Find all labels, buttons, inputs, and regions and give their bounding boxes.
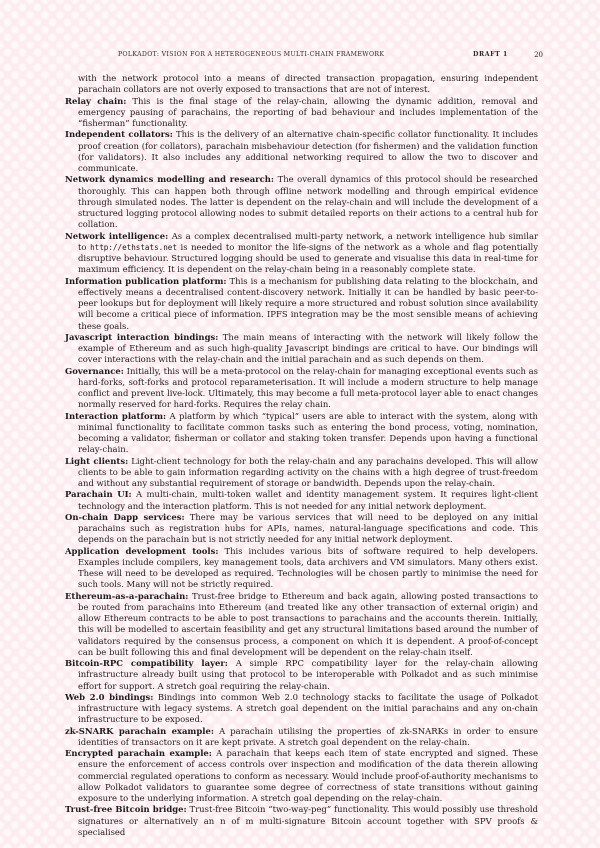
entry-text: Initially, this will be a meta-protocol … [78,366,538,410]
draft-label: DRAFT 1 [473,51,508,58]
entry-trustfree-bitcoin-bridge: Trust-free Bitcoin bridge: Trust-free Bi… [65,804,538,838]
entry-text: A multi-chain, multi-token wallet and id… [78,489,538,510]
entry-parachain-ui: Parachain UI: A multi-chain, multi-token… [65,489,538,512]
entry-application-dev-tools: Application development tools: This incl… [65,546,538,591]
entry-term: Parachain UI: [65,489,132,499]
running-header: POLKADOT: VISION FOR A HETEROGENEOUS MUL… [118,51,543,63]
continuation-paragraph: with the network protocol into a means o… [65,73,538,96]
entry-ethereum-as-parachain: Ethereum-as-a-parachain: Trust-free brid… [65,591,538,659]
entry-network-dynamics: Network dynamics modelling and research:… [65,174,538,230]
entry-information-publication: Information publication platform: This i… [65,276,538,332]
entry-javascript-bindings: Javascript interaction bindings: The mai… [65,332,538,366]
entry-term: zk-SNARK parachain example: [65,726,214,736]
entry-web2-bindings: Web 2.0 bindings: Bindings into common W… [65,692,538,726]
entry-term: Javascript interaction bindings: [65,332,218,342]
entry-term: Governance: [65,366,124,376]
entry-governance: Governance: Initially, this will be a me… [65,366,538,411]
body-text: with the network protocol into a means o… [65,73,538,838]
entry-term: Relay chain: [65,96,126,106]
entry-network-intelligence: Network intelligence: As a complex decen… [65,231,538,276]
entry-term: Ethereum-as-a-parachain: [65,591,188,601]
entry-term: Web 2.0 bindings: [65,692,153,702]
entry-text: This is the final stage of the relay-cha… [78,96,538,129]
entry-term: Trust-free Bitcoin bridge: [65,804,187,814]
entry-light-clients: Light clients: Light-client technology f… [65,456,538,490]
entry-onchain-dapp-services: On-chain Dapp services: There may be var… [65,512,538,546]
entry-term: Network dynamics modelling and research: [65,174,274,184]
entry-encrypted-parachain: Encrypted parachain example: A parachain… [65,748,538,804]
entry-term: Encrypted parachain example: [65,748,212,758]
running-title: POLKADOT: VISION FOR A HETEROGENEOUS MUL… [118,51,384,58]
entry-zksnark-parachain: zk-SNARK parachain example: A parachain … [65,726,538,749]
entry-bitcoin-rpc-layer: Bitcoin-RPC compatibility layer: A simpl… [65,658,538,692]
entry-term: Network intelligence: [65,231,168,241]
entry-term: Bitcoin-RPC compatibility layer: [65,658,228,668]
entry-independent-collators: Independent collators: This is the deliv… [65,129,538,174]
page-number: 20 [534,51,543,59]
entry-relay-chain: Relay chain: This is the final stage of … [65,96,538,130]
entry-term: Information publication platform: [65,276,227,286]
entry-term: Light clients: [65,456,128,466]
entry-text: Light-client technology for both the rel… [78,456,538,489]
entry-term: Interaction platform: [65,411,166,421]
entry-term: Independent collators: [65,129,173,139]
entry-term: Application development tools: [65,546,219,556]
entry-term: On-chain Dapp services: [65,512,185,522]
ethstats-link[interactable]: http://ethstats.net [90,243,177,252]
entry-interaction-platform: Interaction platform: A platform by whic… [65,411,538,456]
